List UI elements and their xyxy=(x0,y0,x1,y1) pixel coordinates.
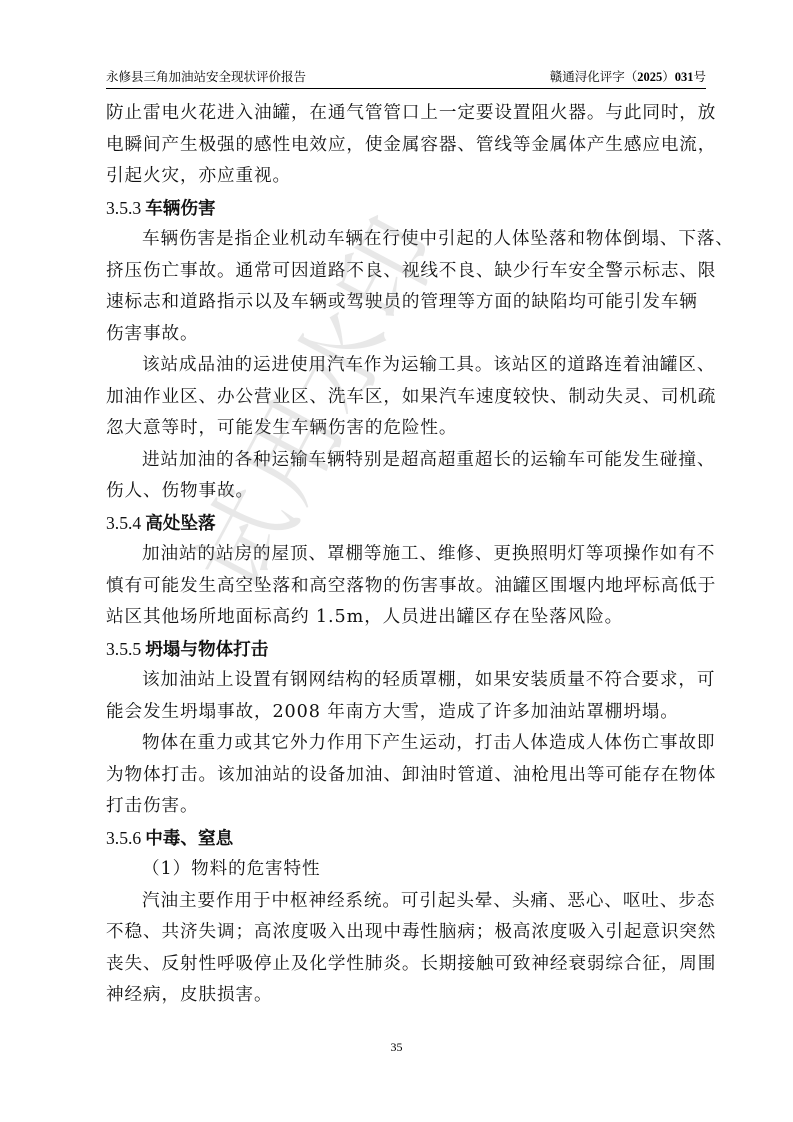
text-line: 挤压伤亡事故。通常可因道路不良、视线不良、缺少行车安全警示标志、限 xyxy=(106,256,706,288)
text-line: 汽油主要作用于中枢神经系统。可引起头晕、头痛、恶心、呕吐、步态 xyxy=(106,886,706,918)
text-line: 电瞬间产生极强的感性电效应，使金属容器、管线等金属体产生感应电流， xyxy=(106,130,706,162)
section-number: 3.5.4 xyxy=(106,513,141,533)
doc-code-number: 031 xyxy=(675,70,694,84)
section-heading-3-5-5: 3.5.5坍塌与物体打击 xyxy=(106,634,706,666)
doc-code-prefix: 赣通浔化评字（ xyxy=(550,69,638,84)
text-line: 伤人、伤物事故。 xyxy=(106,476,706,508)
text-line: 慎有可能发生高空坠落和高空落物的伤害事故。油罐区围堰内地坪标高低于 xyxy=(106,571,706,603)
text-line: 加油站的站房的屋顶、罩棚等施工、维修、更换照明灯等项操作如有不 xyxy=(106,539,706,571)
text-line: 该加油站上设置有钢网结构的轻质罩棚，如果安装质量不符合要求，可 xyxy=(106,665,706,697)
document-code: 赣通浔化评字（2025）031号 xyxy=(550,68,706,86)
paragraph-canopy-collapse: 该加油站上设置有钢网结构的轻质罩棚，如果安装质量不符合要求，可 能会发生坍塌事故… xyxy=(106,665,706,728)
section-heading-3-5-3: 3.5.3车辆伤害 xyxy=(106,193,706,225)
text-line: 丧失、反射性呼吸停止及化学性肺炎。长期接触可致神经衰弱综合征，周围 xyxy=(106,949,706,981)
section-number: 3.5.3 xyxy=(106,198,141,218)
text-line: 进站加油的各种运输车辆特别是超高超重超长的运输车可能发生碰撞、 xyxy=(106,445,706,477)
page-body: 防止雷电火花进入油罐，在通气管管口上一定要设置阻火器。与此同时，放 电瞬间产生极… xyxy=(106,98,706,1012)
section-number: 3.5.5 xyxy=(106,639,141,659)
subheading-material-hazards: （1）物料的危害特性 xyxy=(106,854,706,886)
text-line: 神经病，皮肤损害。 xyxy=(106,980,706,1012)
section-title: 高处坠落 xyxy=(145,514,215,534)
text-line: 速标志和道路指示以及车辆或驾驶员的管理等方面的缺陷均可能引发车辆 xyxy=(106,287,706,319)
report-title: 永修县三角加油站安全现状评价报告 xyxy=(106,68,306,86)
text-line: 加油作业区、办公营业区、洗车区，如果汽车速度较快、制动失灵、司机疏 xyxy=(106,382,706,414)
text-line: 忽大意等时，可能发生车辆伤害的危险性。 xyxy=(106,413,706,445)
text-line: 打击伤害。 xyxy=(106,791,706,823)
doc-code-suffix: 号 xyxy=(693,69,706,84)
section-heading-3-5-4: 3.5.4高处坠落 xyxy=(106,508,706,540)
section-heading-3-5-6: 3.5.6中毒、窒息 xyxy=(106,823,706,855)
text-line: 引起火灾，亦应重视。 xyxy=(106,161,706,193)
text-line: 伤害事故。 xyxy=(106,319,706,351)
doc-code-year: 2025 xyxy=(637,70,662,84)
text-line: 站区其他场所地面标高约 1.5m，人员进出罐区存在坠落风险。 xyxy=(106,602,706,634)
doc-code-mid: ） xyxy=(662,69,675,84)
text-line: 不稳、共济失调；高浓度吸入出现中毒性脑病；极高浓度吸入引起意识突然 xyxy=(106,917,706,949)
text-line: 能会发生坍塌事故，2008 年南方大雪，造成了许多加油站罩棚坍塌。 xyxy=(106,697,706,729)
page-header: 永修县三角加油站安全现状评价报告 赣通浔化评字（2025）031号 xyxy=(106,68,706,89)
text-line: 车辆伤害是指企业机动车辆在行使中引起的人体坠落和物体倒塌、下落、 xyxy=(106,224,706,256)
paragraph-station-transport: 该站成品油的运进使用汽车作为运输工具。该站区的道路连着油罐区、 加油作业区、办公… xyxy=(106,350,706,445)
text-line: 物体在重力或其它外力作用下产生运动，打击人体造成人体伤亡事故即 xyxy=(106,728,706,760)
section-title: 中毒、窒息 xyxy=(145,829,233,849)
text-line: 为物体打击。该加油站的设备加油、卸油时管道、油枪甩出等可能存在物体 xyxy=(106,760,706,792)
paragraph-vehicle-injury-definition: 车辆伤害是指企业机动车辆在行使中引起的人体坠落和物体倒塌、下落、 挤压伤亡事故。… xyxy=(106,224,706,350)
paragraph-oversize-vehicles: 进站加油的各种运输车辆特别是超高超重超长的运输车可能发生碰撞、 伤人、伤物事故。 xyxy=(106,445,706,508)
document-page: 永修县三角加油站安全现状评价报告 赣通浔化评字（2025）031号 防止雷电火花… xyxy=(0,0,793,1122)
text-line: 防止雷电火花进入油罐，在通气管管口上一定要设置阻火器。与此同时，放 xyxy=(106,98,706,130)
paragraph-gasoline-toxicity: 汽油主要作用于中枢神经系统。可引起头晕、头痛、恶心、呕吐、步态 不稳、共济失调；… xyxy=(106,886,706,1012)
page-number: 35 xyxy=(0,1040,793,1055)
paragraph-object-strike: 物体在重力或其它外力作用下产生运动，打击人体造成人体伤亡事故即 为物体打击。该加… xyxy=(106,728,706,823)
paragraph-lightning-continuation: 防止雷电火花进入油罐，在通气管管口上一定要设置阻火器。与此同时，放 电瞬间产生极… xyxy=(106,98,706,193)
text-line: 该站成品油的运进使用汽车作为运输工具。该站区的道路连着油罐区、 xyxy=(106,350,706,382)
section-number: 3.5.6 xyxy=(106,828,141,848)
section-title: 车辆伤害 xyxy=(145,199,215,219)
section-title: 坍塌与物体打击 xyxy=(145,640,268,660)
paragraph-falling-from-height: 加油站的站房的屋顶、罩棚等施工、维修、更换照明灯等项操作如有不 慎有可能发生高空… xyxy=(106,539,706,634)
